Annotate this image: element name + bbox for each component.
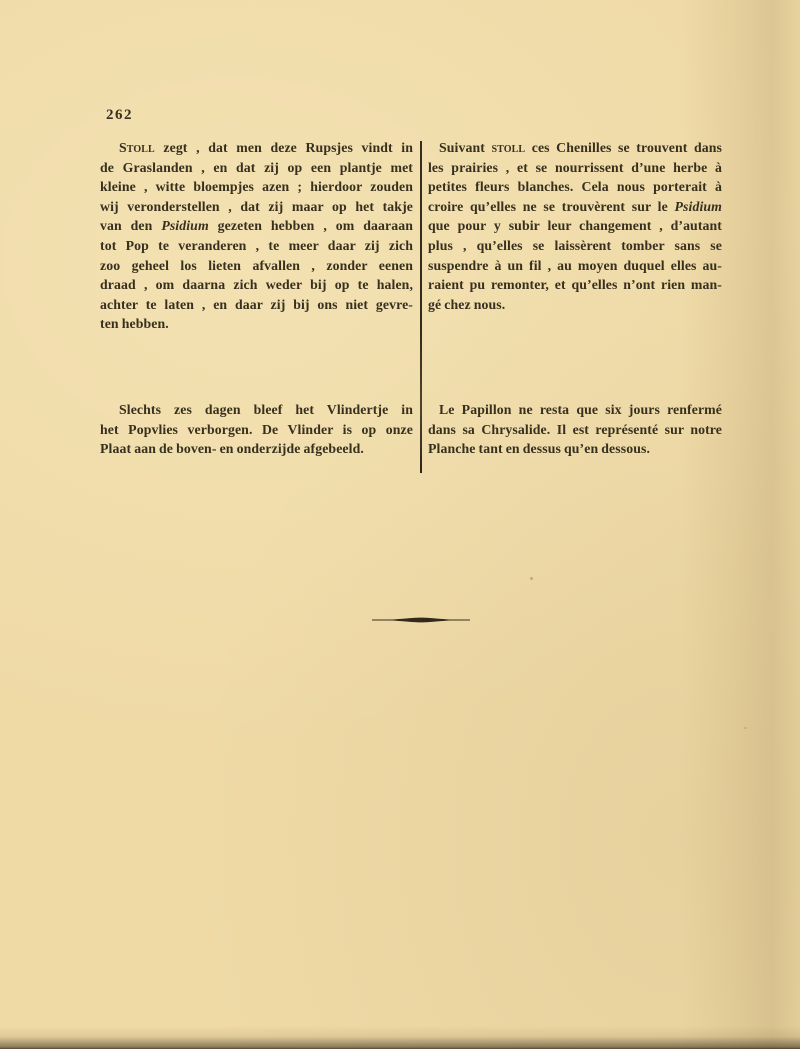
paragraph-dutch-2: Slechts zes dagen bleef het Vlindertje i… [100, 400, 413, 459]
text-line: van den Psidium gezeten hebben , om daar… [100, 216, 413, 236]
text-segment: gé chez nous. [428, 297, 505, 312]
text-segment: gezeten hebben , om daaraan [209, 218, 413, 233]
text-line: les prairies , et se nourrissent d’une h… [428, 158, 722, 178]
text-segment: het Popvlies verborgen. De Vlinder is op… [100, 422, 413, 437]
text-segment: petites fleurs blanches. Cela nous porte… [428, 179, 722, 194]
text-segment: Suivant [439, 140, 492, 155]
text-line: gé chez nous. [428, 295, 722, 315]
text-segment: suspendre à un fil , au moyen duquel ell… [428, 258, 722, 273]
text-line: croire qu’elles ne se trouvèrent sur le … [428, 197, 722, 217]
paragraph-dutch-1: Stoll zegt , dat men deze Rupsjes vindt … [100, 138, 413, 334]
text-segment: draad , om daarna zich weder bij op te h… [100, 277, 413, 292]
text-line: Plaat aan de boven- en onderzijde afgebe… [100, 439, 413, 459]
paragraph-french-1: Suivant stoll ces Chenilles se trouvent … [428, 138, 722, 314]
text-line: petites fleurs blanches. Cela nous porte… [428, 177, 722, 197]
text-segment: kleine , witte bloempjes azen ; hierdoor… [100, 179, 413, 194]
text-line: de Graslanden , en dat zij op een plantj… [100, 158, 413, 178]
italic-text: Psidium [161, 218, 208, 233]
section-divider-ornament [372, 616, 470, 624]
text-segment: ten hebben. [100, 316, 169, 331]
smallcaps-text: Stoll [119, 140, 155, 155]
text-segment: Plaat aan de boven- en onderzijde afgebe… [100, 441, 364, 456]
text-segment: zegt , dat men deze Rupsjes vindt in [155, 140, 413, 155]
text-segment: les prairies , et se nourrissent d’une h… [428, 160, 722, 175]
text-line: Suivant stoll ces Chenilles se trouvent … [428, 138, 722, 158]
text-line: Le Papillon ne resta que six jours renfe… [428, 400, 722, 420]
text-segment: Slechts zes dagen bleef het Vlindertje i… [119, 402, 413, 417]
text-segment: wij veronderstellen , dat zij maar op he… [100, 199, 413, 214]
text-segment: de Graslanden , en dat zij op een plantj… [100, 160, 413, 175]
text-line: que pour y subir leur changement , d’aut… [428, 216, 722, 236]
text-line: Slechts zes dagen bleef het Vlindertje i… [100, 400, 413, 420]
paper-speck [530, 577, 533, 580]
text-segment: dans sa Chrysalide. Il est représenté su… [428, 422, 722, 437]
text-line: achter te laten , en daar zij bij ons ni… [100, 295, 413, 315]
text-line: Planche tant en dessus qu’en dessous. [428, 439, 722, 459]
text-line: het Popvlies verborgen. De Vlinder is op… [100, 420, 413, 440]
text-line: suspendre à un fil , au moyen duquel ell… [428, 256, 722, 276]
text-segment: van den [100, 218, 161, 233]
column-divider-rule [420, 141, 422, 473]
text-line: draad , om daarna zich weder bij op te h… [100, 275, 413, 295]
text-segment: que pour y subir leur changement , d’aut… [428, 218, 722, 233]
text-line: tot Pop te veranderen , te meer daar zij… [100, 236, 413, 256]
page-number: 262 [106, 107, 133, 124]
text-segment: zoo geheel los lieten afvallen , zonder … [100, 258, 413, 273]
text-line: Stoll zegt , dat men deze Rupsjes vindt … [100, 138, 413, 158]
italic-text: Psidium [675, 199, 722, 214]
text-segment: plus , qu’elles se laissèrent tomber san… [428, 238, 722, 253]
text-segment: raient pu remonter, et qu’elles n’ont ri… [428, 277, 722, 292]
text-line: ten hebben. [100, 314, 413, 334]
paper-speck [744, 727, 747, 729]
text-line: wij veronderstellen , dat zij maar op he… [100, 197, 413, 217]
text-line: plus , qu’elles se laissèrent tomber san… [428, 236, 722, 256]
text-line: kleine , witte bloempjes azen ; hierdoor… [100, 177, 413, 197]
smallcaps-text: stoll [492, 140, 526, 155]
text-segment: croire qu’elles ne se trouvèrent sur le [428, 199, 675, 214]
text-segment: ces Chenilles se trouvent dans [525, 140, 722, 155]
text-segment: Le Papillon ne resta que six jours renfe… [439, 402, 722, 417]
paragraph-french-2: Le Papillon ne resta que six jours renfe… [428, 400, 722, 459]
text-line: zoo geheel los lieten afvallen , zonder … [100, 256, 413, 276]
text-line: dans sa Chrysalide. Il est représenté su… [428, 420, 722, 440]
text-segment: Planche tant en dessus qu’en dessous. [428, 441, 650, 456]
text-segment: tot Pop te veranderen , te meer daar zij… [100, 238, 413, 253]
book-page-scan: { "page_number": "262", "colors": { "pap… [0, 0, 800, 1049]
text-segment: achter te laten , en daar zij bij ons ni… [100, 297, 413, 312]
swelled-rule-icon [372, 616, 470, 624]
text-line: raient pu remonter, et qu’elles n’ont ri… [428, 275, 722, 295]
